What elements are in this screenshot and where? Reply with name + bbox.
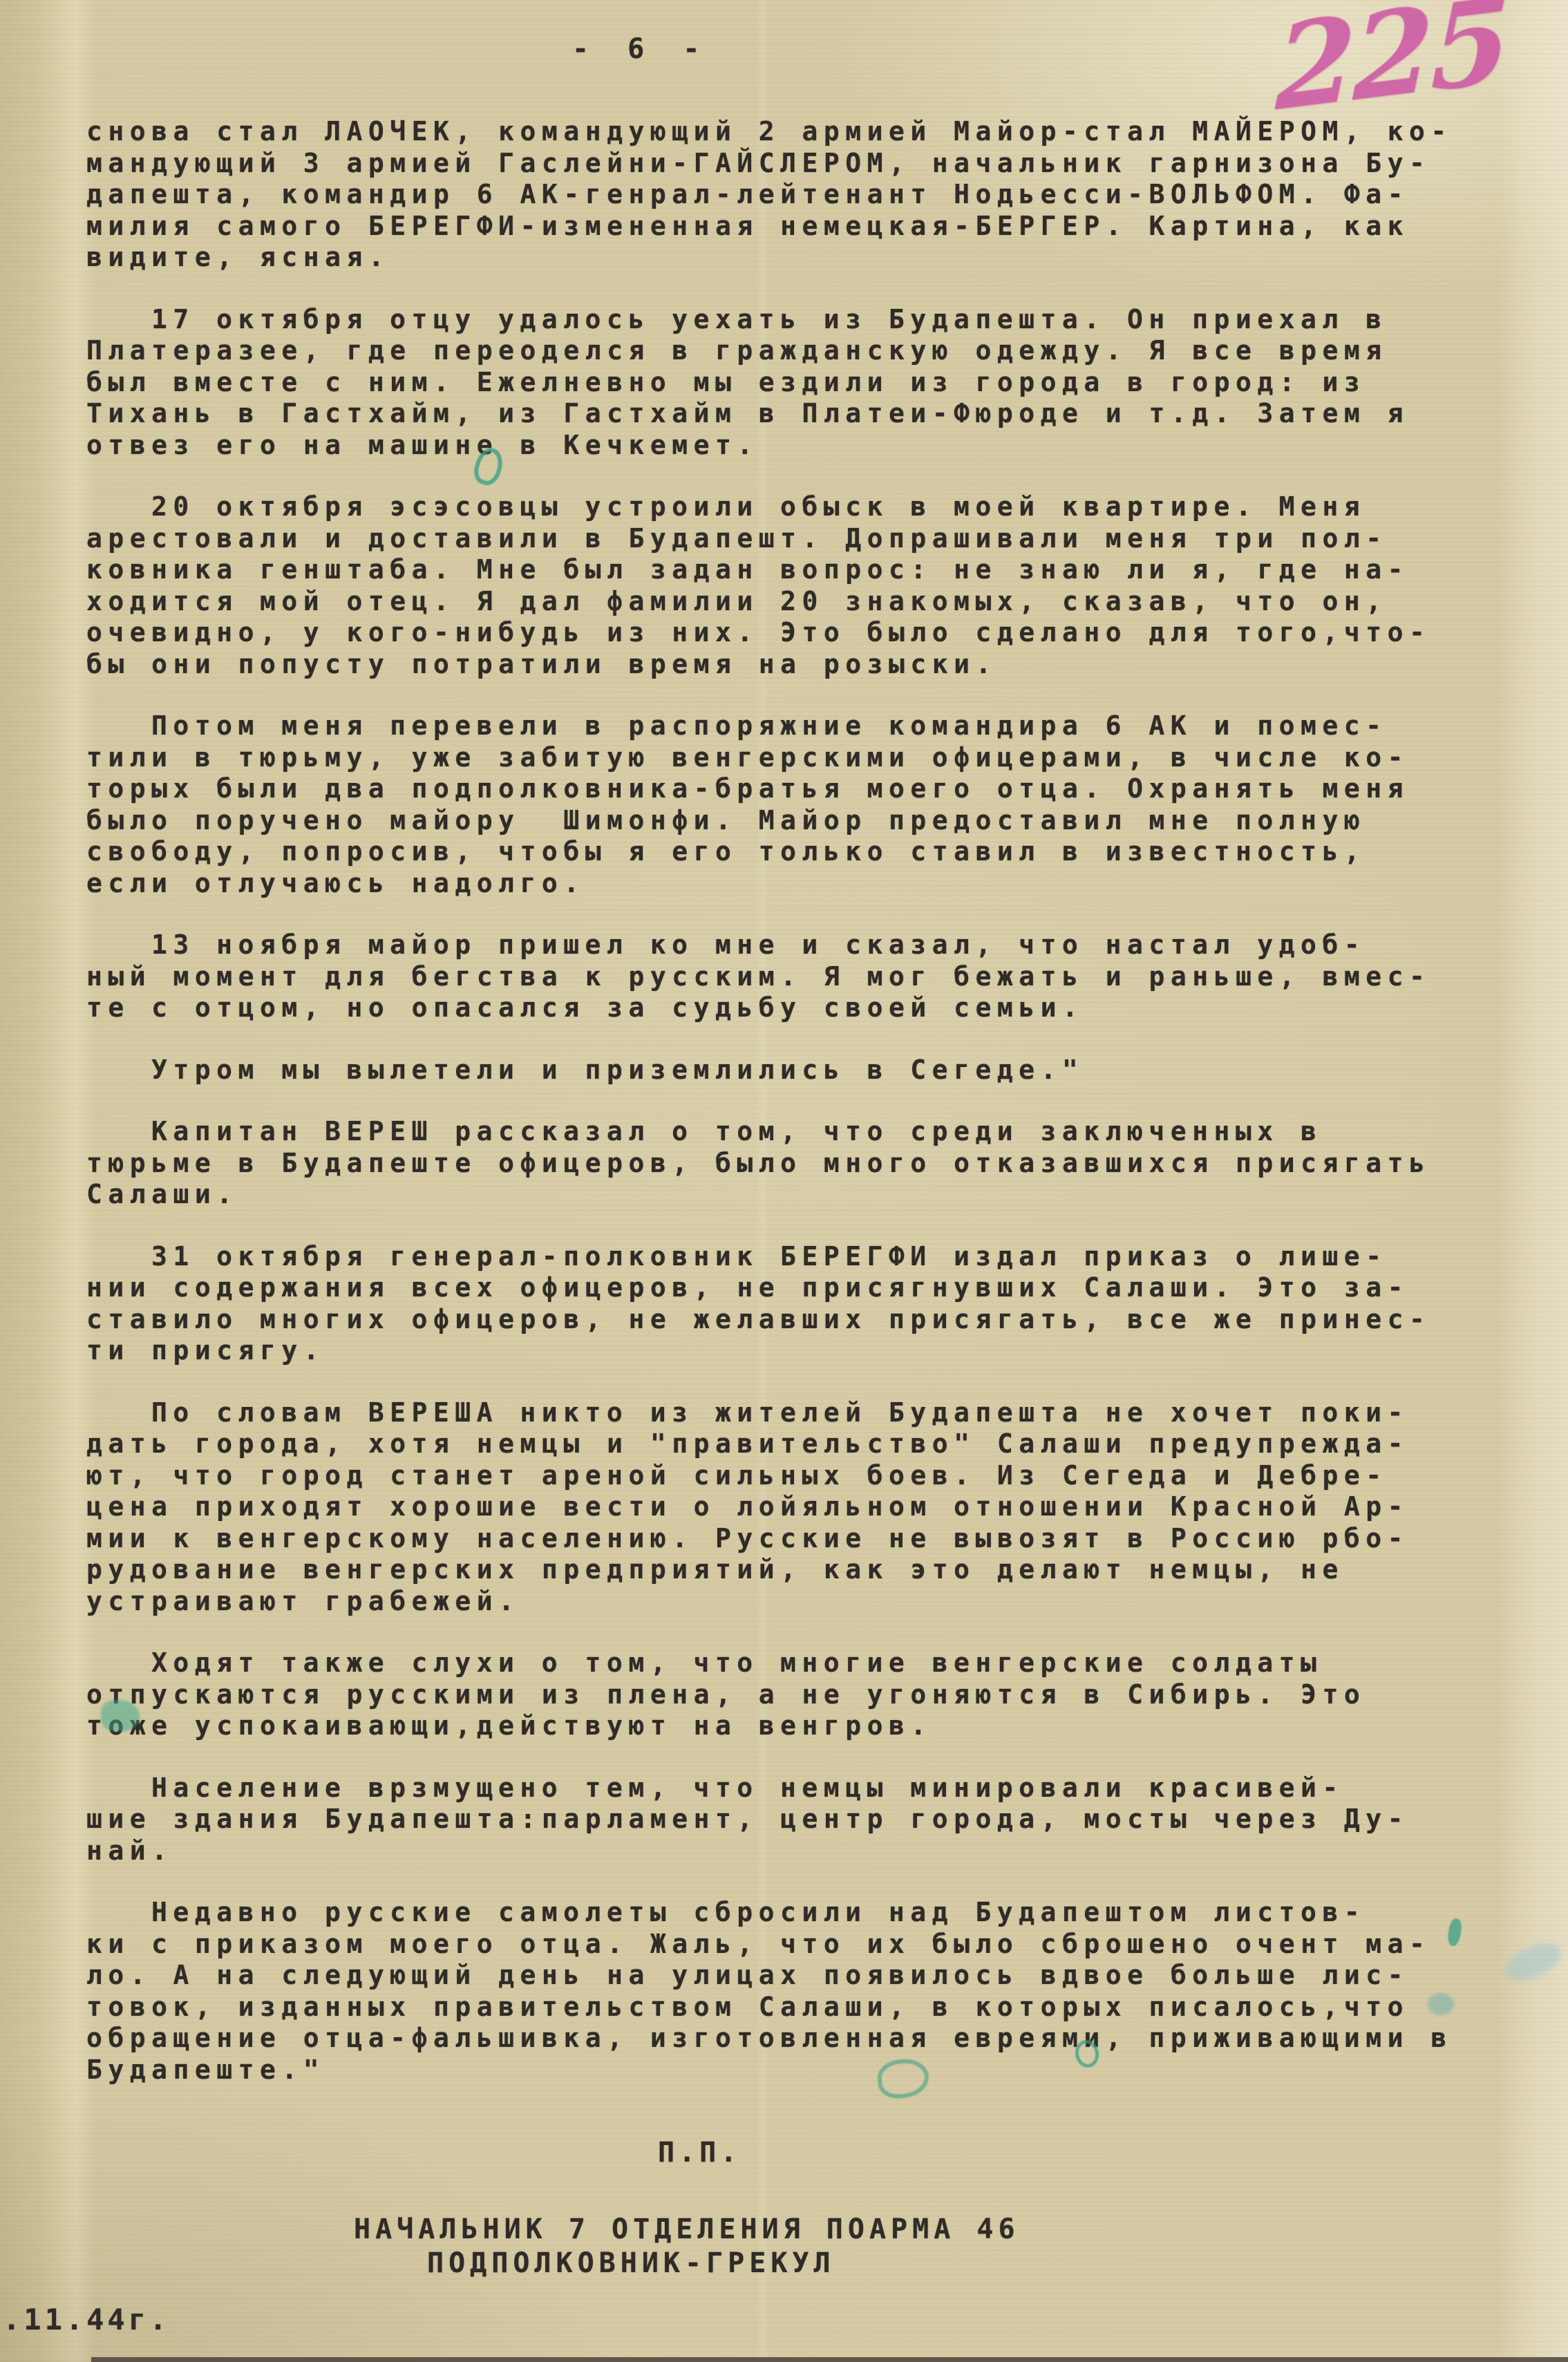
text-line: видите, ясная. [86, 242, 1524, 274]
text-line: отвез его на машине в Кечкемет. [86, 430, 1524, 462]
text-line: Будапеште." [86, 2054, 1524, 2086]
text-line: 17 октября отцу удалось уехать из Будапе… [86, 304, 1524, 336]
text-line: 31 октября генерал-полковник БЕРЕГФИ изд… [86, 1241, 1524, 1273]
text-line: Недавно русские самолеты сбросили над Бу… [86, 1897, 1524, 1929]
text-line: Потом меня перевели в распоряжние команд… [86, 710, 1524, 742]
text-line: свободу, попросив, чтобы я его только ст… [86, 836, 1524, 868]
paragraph: 13 ноября майор пришел ко мне и сказал, … [86, 929, 1524, 1024]
text-line: Ходят также слухи о том, что многие венг… [86, 1647, 1524, 1679]
text-line: ло. А на следующий день на улицах появил… [86, 1960, 1524, 1992]
text-line: бы они попусту потратили время на розыск… [86, 649, 1524, 681]
text-line: ставило многих офицеров, не желавших при… [86, 1304, 1524, 1336]
text-line: ки с приказом моего отца. Жаль, что их б… [86, 1929, 1524, 1961]
text-line: милия самого БЕРЕГФИ-измененная немецкая… [86, 211, 1524, 243]
signature-name: ПОДПОЛКОВНИК-ГРЕКУЛ [427, 2247, 835, 2279]
paragraph: 20 октября эсэсовцы устроили обыск в мое… [86, 491, 1524, 680]
text-line: Капитан ВЕРЕШ рассказал о том, что среди… [86, 1116, 1524, 1148]
paragraph: Капитан ВЕРЕШ рассказал о том, что среди… [86, 1116, 1524, 1211]
text-line: Утром мы вылетели и приземлились в Сегед… [86, 1055, 1524, 1086]
page-number: - 6 - [572, 33, 710, 65]
text-line: торых были два подполковника-братья моег… [86, 773, 1524, 805]
text-line: 20 октября эсэсовцы устроили обыск в мое… [86, 491, 1524, 523]
paragraph: 31 октября генерал-полковник БЕРЕГФИ изд… [86, 1241, 1524, 1367]
text-line: товок, изданных правительством Салаши, в… [86, 1992, 1524, 2023]
date-stamp: .11.44г. [3, 2303, 170, 2336]
text-line: шие здания Будапешта:парламент, центр го… [86, 1804, 1524, 1835]
text-line: ный момент для бегства к русским. Я мог … [86, 961, 1524, 993]
paragraph: Недавно русские самолеты сбросили над Бу… [86, 1897, 1524, 2086]
text-line: снова стал ЛАОЧЕК, командующий 2 армией … [86, 116, 1524, 148]
paragraph: Ходят также слухи о том, что многие венг… [86, 1647, 1524, 1742]
paragraph: Потом меня перевели в распоряжние команд… [86, 710, 1524, 899]
text-line: те с отцом, но опасался за судьбу своей … [86, 992, 1524, 1024]
text-line: Салаши. [86, 1179, 1524, 1211]
signature-title: НАЧАЛЬНИК 7 ОТДЕЛЕНИЯ ПОАРМА 46 [354, 2213, 1020, 2245]
paragraph: 17 октября отцу удалось уехать из Будапе… [86, 304, 1524, 462]
text-line: цена приходят хорошие вести о лойяльном … [86, 1491, 1524, 1523]
scanned-document-page: - 6 - 225 снова стал ЛАОЧЕК, командующий… [0, 0, 1568, 2362]
text-line: ходится мой отец. Я дал фамилии 20 знако… [86, 586, 1524, 618]
text-line: рудование венгерских предприятий, как эт… [86, 1554, 1524, 1586]
text-line: очевидно, у кого-нибудь из них. Это было… [86, 617, 1524, 649]
text-line: тили в тюрьму, уже забитую венгерскими о… [86, 742, 1524, 774]
paragraph: Утром мы вылетели и приземлились в Сегед… [86, 1055, 1524, 1086]
text-line: было поручено майору Шимонфи. Майор пред… [86, 805, 1524, 837]
text-line: мии к венгерскому населению. Русские не … [86, 1523, 1524, 1555]
text-line: мандующий 3 армией Гаслейни-ГАЙСЛЕРОМ, н… [86, 148, 1524, 180]
text-line: Тихань в Гастхайм, из Гастхайм в Платеи-… [86, 398, 1524, 430]
text-line: отпускаются русскими из плена, а не угон… [86, 1679, 1524, 1711]
text-line: дать города, хотя немцы и "правительство… [86, 1428, 1524, 1460]
text-line: был вместе с ним. Ежелневно мы ездили из… [86, 367, 1524, 399]
text-line: Население врзмущено тем, что немцы минир… [86, 1773, 1524, 1804]
text-line: тоже успокаивающи,действуют на венгров. [86, 1710, 1524, 1742]
document-body: снова стал ЛАОЧЕК, командующий 2 армией … [86, 116, 1524, 2116]
text-line: нии содержания всех офицеров, не присягн… [86, 1272, 1524, 1304]
text-line: 13 ноября майор пришел ко мне и сказал, … [86, 929, 1524, 961]
paragraph: По словам ВЕРЕША никто из жителей Будапе… [86, 1397, 1524, 1618]
text-line: ти присягу. [86, 1335, 1524, 1367]
text-line: ковника генштаба. Мне был задан вопрос: … [86, 554, 1524, 586]
text-line: Платеразее, где переоделся в гражданскую… [86, 335, 1524, 367]
paragraph: снова стал ЛАОЧЕК, командующий 2 армией … [86, 116, 1524, 274]
text-line: если отлучаюсь надолго. [86, 868, 1524, 900]
text-line: По словам ВЕРЕША никто из жителей Будапе… [86, 1397, 1524, 1429]
text-line: обращение отца-фальшивка, изготовленная … [86, 2023, 1524, 2054]
text-line: арестовали и доставили в Будапешт. Допра… [86, 523, 1524, 555]
signature-pp: П.П. [658, 2137, 741, 2169]
text-line: най. [86, 1835, 1524, 1867]
text-line: дапешта, командир 6 АК-генрал-лейтенант … [86, 179, 1524, 211]
handwritten-page-number: 225 [1275, 0, 1509, 126]
text-line: тюрьме в Будапеште офицеров, было много … [86, 1148, 1524, 1180]
paragraph: Население врзмущено тем, что немцы минир… [86, 1773, 1524, 1867]
text-line: ют, что город станет ареной сильных боев… [86, 1460, 1524, 1492]
scan-edge-line [91, 2357, 1568, 2362]
text-line: устраивают грабежей. [86, 1586, 1524, 1618]
